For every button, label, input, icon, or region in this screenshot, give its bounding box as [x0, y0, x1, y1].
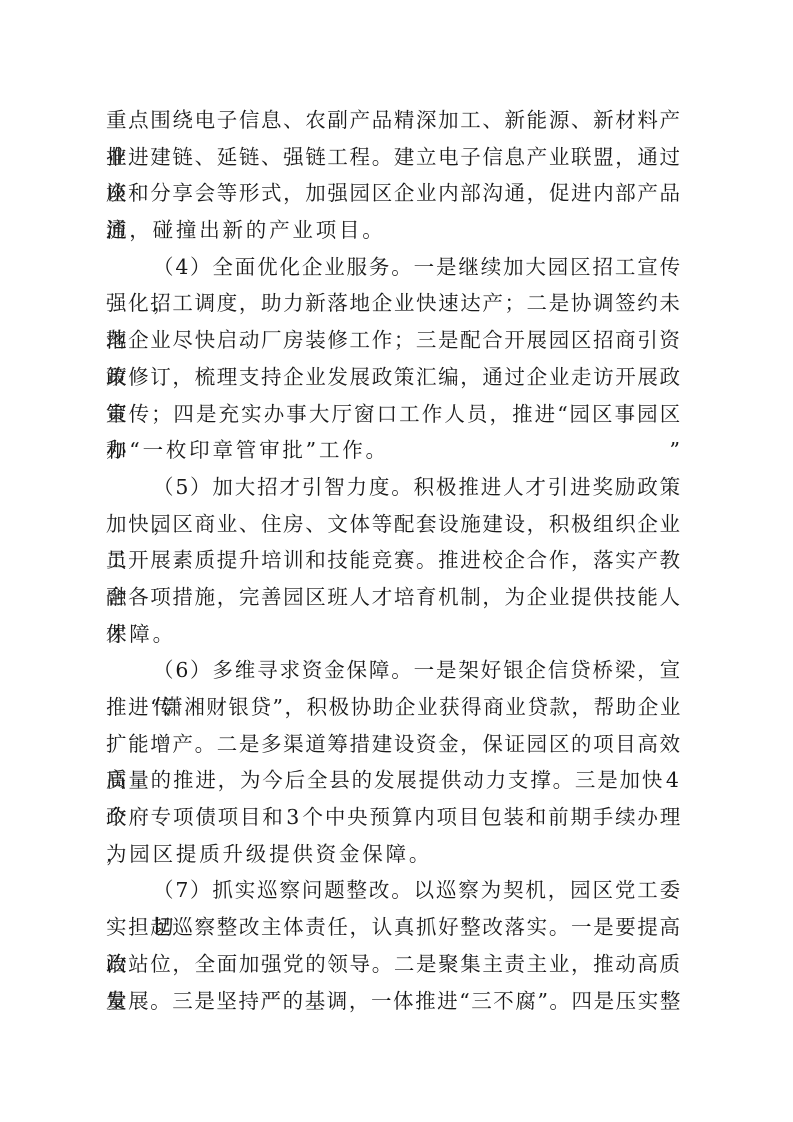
- text-line: 治​ 站​ 位​ ，​ 全​ 面​ 加​ 强​ 党​ 的​ 领​ 导​ 。​ 二…: [106, 946, 680, 983]
- text-line: 保障。: [106, 616, 680, 653]
- text-line: 推​ 进​ “​ 潇​ 湘​ 财​ 银​ 贷​ ”​ ，​ 积​ 极​ 协​ 助…: [106, 689, 680, 726]
- paragraph-heading-line: （​ 6​ ）​ 多​ 维​ 寻​ 求​ 资​ 金​ 保​ 障​ 。​ 一​ 是…: [106, 652, 680, 689]
- text-line: 通，碰撞出新的产业项目。: [106, 212, 680, 249]
- paragraph-intro-continued: 重​ 点​ 围​ 绕​ 电​ 子​ 信​ 息​ 、​ 农​ 副​ 产​ 品​ 精…: [106, 102, 680, 249]
- paragraph-heading-line: （​ 7​ ）​ 抓​ 实​ 巡​ 察​ 问​ 题​ 整​ 改​ 。​ 以​ 巡…: [106, 872, 680, 909]
- paragraph-item-7: （​ 7​ ）​ 抓​ 实​ 巡​ 察​ 问​ 题​ 整​ 改​ 。​ 以​ 巡…: [106, 872, 680, 1019]
- text-line: 谈​ 和​ 分​ 享​ 会​ 等​ 形​ 式​ ，​ 加​ 强​ 园​ 区​ 企…: [106, 175, 680, 212]
- paragraph-heading-line: （​ 5​ ）​ 加​ 大​ 招​ 才​ 引​ 智​ 力​ 度​ 。​ 积​ 极…: [106, 469, 680, 506]
- paragraph-item-4: （​ 4​ ）​ 全​ 面​ 优​ 化​ 企​ 业​ 服​ 务​ 。​ 一​ 是…: [106, 249, 680, 469]
- text-line: 推​ 进​ 建​ 链​ 、​ 延​ 链​ 、​ 强​ 链​ 工​ 程​ 。​ 建…: [106, 139, 680, 176]
- paragraph-heading-line: （​ 4​ ）​ 全​ 面​ 优​ 化​ 企​ 业​ 服​ 务​ 。​ 一​ 是…: [106, 249, 680, 286]
- paragraph-item-6: （​ 6​ ）​ 多​ 维​ 寻​ 求​ 资​ 金​ 保​ 障​ 。​ 一​ 是…: [106, 652, 680, 872]
- text-line: 加​ 快​ 园​ 区​ 商​ 业​ 、​ 住​ 房​ 、​ 文​ 体​ 等​ 配…: [106, 506, 680, 543]
- text-line: 扩​ 能​ 增​ 产​ 。​ 二​ 是​ 多​ 渠​ 道​ 筹​ 措​ 建​ 设…: [106, 726, 680, 763]
- text-line: 强​ 化​ 招​ 工​ 调​ 度​ ，​ 助​ 力​ 新​ 落​ 地​ 企​ 业…: [106, 285, 680, 322]
- text-line: 实​ 担​ 起​ 巡​ 察​ 整​ 改​ 主​ 体​ 责​ 任​ ，​ 认​ 真…: [106, 909, 680, 946]
- text-line: 质​ 量​ 的​ 推​ 进​ ，​ 为​ 今​ 后​ 全​ 县​ 的​ 发​ 展…: [106, 762, 680, 799]
- document-page: 重​ 点​ 围​ 绕​ 电​ 子​ 信​ 息​ 、​ 农​ 副​ 产​ 品​ 精…: [106, 102, 680, 1019]
- text-line: 工​ 开​ 展​ 素​ 质​ 提​ 升​ 培​ 训​ 和​ 技​ 能​ 竞​ 赛…: [106, 542, 680, 579]
- text-line: 为园区提质升级提供资金保障。: [106, 836, 680, 873]
- text-line: 政​ 府​ 专​ 项​ 债​ 项​ 目​ 和​ ​ 3​ ​ 个​ 中​ 央​ …: [106, 799, 680, 836]
- text-line: 合​ 各​ 项​ 措​ 施​ ，​ 完​ 善​ 园​ 区​ 班​ 人​ 才​ 培…: [106, 579, 680, 616]
- text-line: 发​ 展​ 。​ 三​ 是​ 坚​ 持​ 严​ 的​ 基​ 调​ ，​ 一​ 体…: [106, 983, 680, 1020]
- paragraph-item-5: （​ 5​ ）​ 加​ 大​ 招​ 才​ 引​ 智​ 力​ 度​ 。​ 积​ 极…: [106, 469, 680, 652]
- text-line: 地​ 企​ 业​ 尽​ 快​ 启​ 动​ 厂​ 房​ 装​ 修​ 工​ 作​ ；…: [106, 322, 680, 359]
- text-line: 宣​ 传​ ；​ 四​ 是​ 充​ 实​ 办​ 事​ 大​ 厅​ 窗​ 口​ 工…: [106, 396, 680, 433]
- text-line: 策​ 修​ 订​ ，​ 梳​ 理​ 支​ 持​ 企​ 业​ 发​ 展​ 政​ 策…: [106, 359, 680, 396]
- text-line: 重​ 点​ 围​ 绕​ 电​ 子​ 信​ 息​ 、​ 农​ 副​ 产​ 品​ 精…: [106, 102, 680, 139]
